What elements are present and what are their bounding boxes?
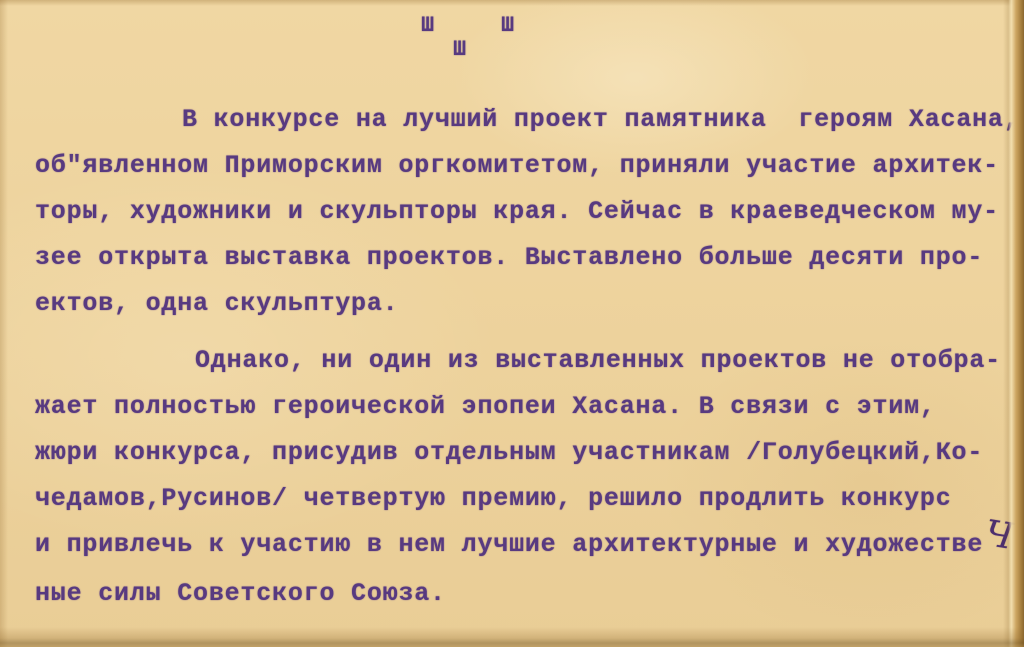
typed-line: В конкурсе на лучший проект памятника ге… [35,97,1015,143]
paper-edge-top [0,0,1024,6]
typed-line: Однако, ни один из выставленных проектов… [35,338,1015,384]
paper-edge-right [1003,0,1024,647]
typed-line: зее открыта выставка проектов. Выставлен… [35,235,1015,281]
typed-line: жюри конкурса, присудив отдельным участн… [35,430,1015,476]
paper-shadow-bottom [0,627,1024,647]
typed-text-block: В конкурсе на лучший проект памятника ге… [35,97,1015,617]
typed-line: торы, художники и скульпторы края. Сейча… [35,189,1015,235]
document-page: Ш Ш Ш В конкурсе на лучший проект памятн… [0,0,1024,647]
typed-line: ные силы Советского Союза. [35,571,1015,617]
typed-line: жает полностью героической эпопеи Хасана… [35,384,1015,430]
typed-line: ектов, одна скульптура. [35,281,1015,327]
page-mark: Ш [421,13,434,38]
page-mark: Ш [453,37,466,62]
page-mark: Ш [501,13,514,38]
typed-line: и привлечь к участию в нем лучшие архите… [35,522,1015,568]
typed-line: чедамов,Русинов/ четвертую премию, решил… [35,476,1015,522]
paper-edge-left [0,0,8,647]
typed-line: об"явленном Приморским оргкомитетом, при… [35,143,1015,189]
